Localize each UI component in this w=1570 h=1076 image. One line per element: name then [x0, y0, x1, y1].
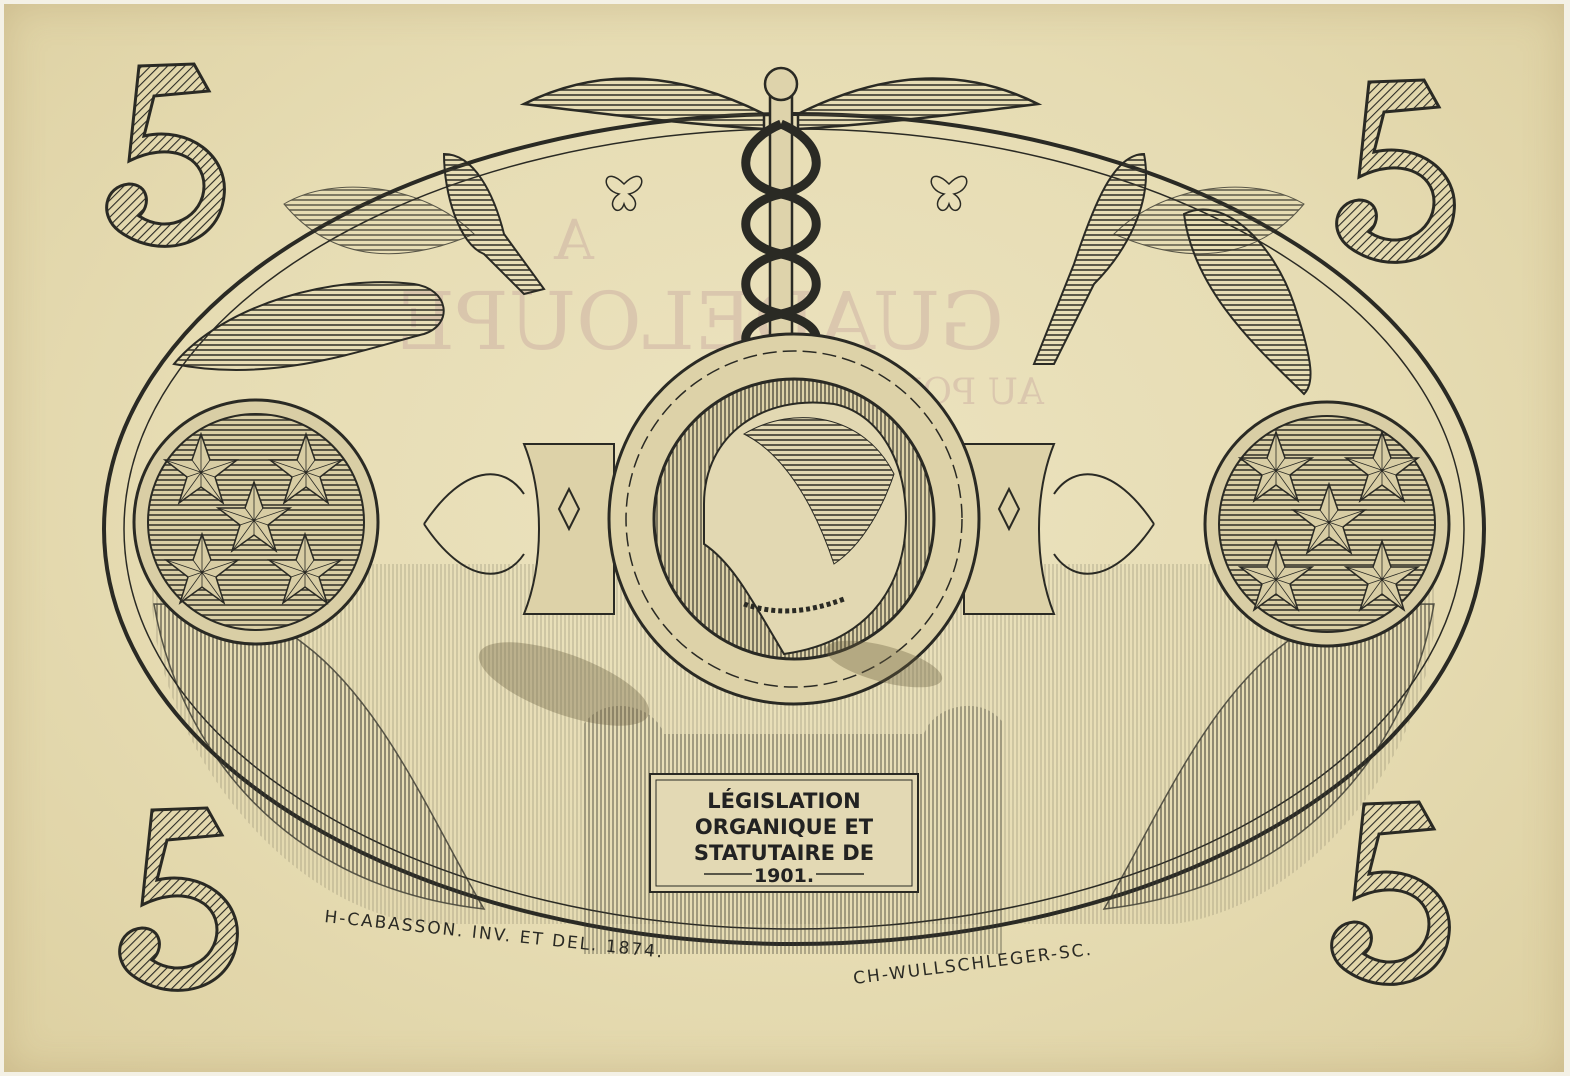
tablet-year: 1901. [754, 865, 814, 887]
tablet-line-3: STATUTAIRE DE [694, 841, 874, 865]
tablet-line-1: LÉGISLATION [707, 788, 860, 813]
svg-text:GUADELOUPE: GUADELOUPE [396, 275, 1004, 368]
corner-numeral-top-right [1337, 80, 1455, 262]
star-roundel-right [1205, 402, 1449, 646]
engraving: A GUADELOUPE AU PORTEUR [4, 4, 1564, 1072]
banknote: A GUADELOUPE AU PORTEUR [4, 4, 1564, 1072]
tablet-line-2: ORGANIQUE ET [695, 815, 874, 839]
portrait-medallion [609, 334, 979, 704]
corner-numeral-bottom-left [120, 808, 238, 990]
corner-numeral-top-left [107, 64, 225, 246]
legislation-tablet: LÉGISLATION ORGANIQUE ET STATUTAIRE DE 1… [584, 706, 1004, 954]
svg-text:A: A [553, 208, 595, 272]
corner-numeral-bottom-right [1332, 802, 1450, 984]
star-roundel-left [134, 400, 378, 644]
